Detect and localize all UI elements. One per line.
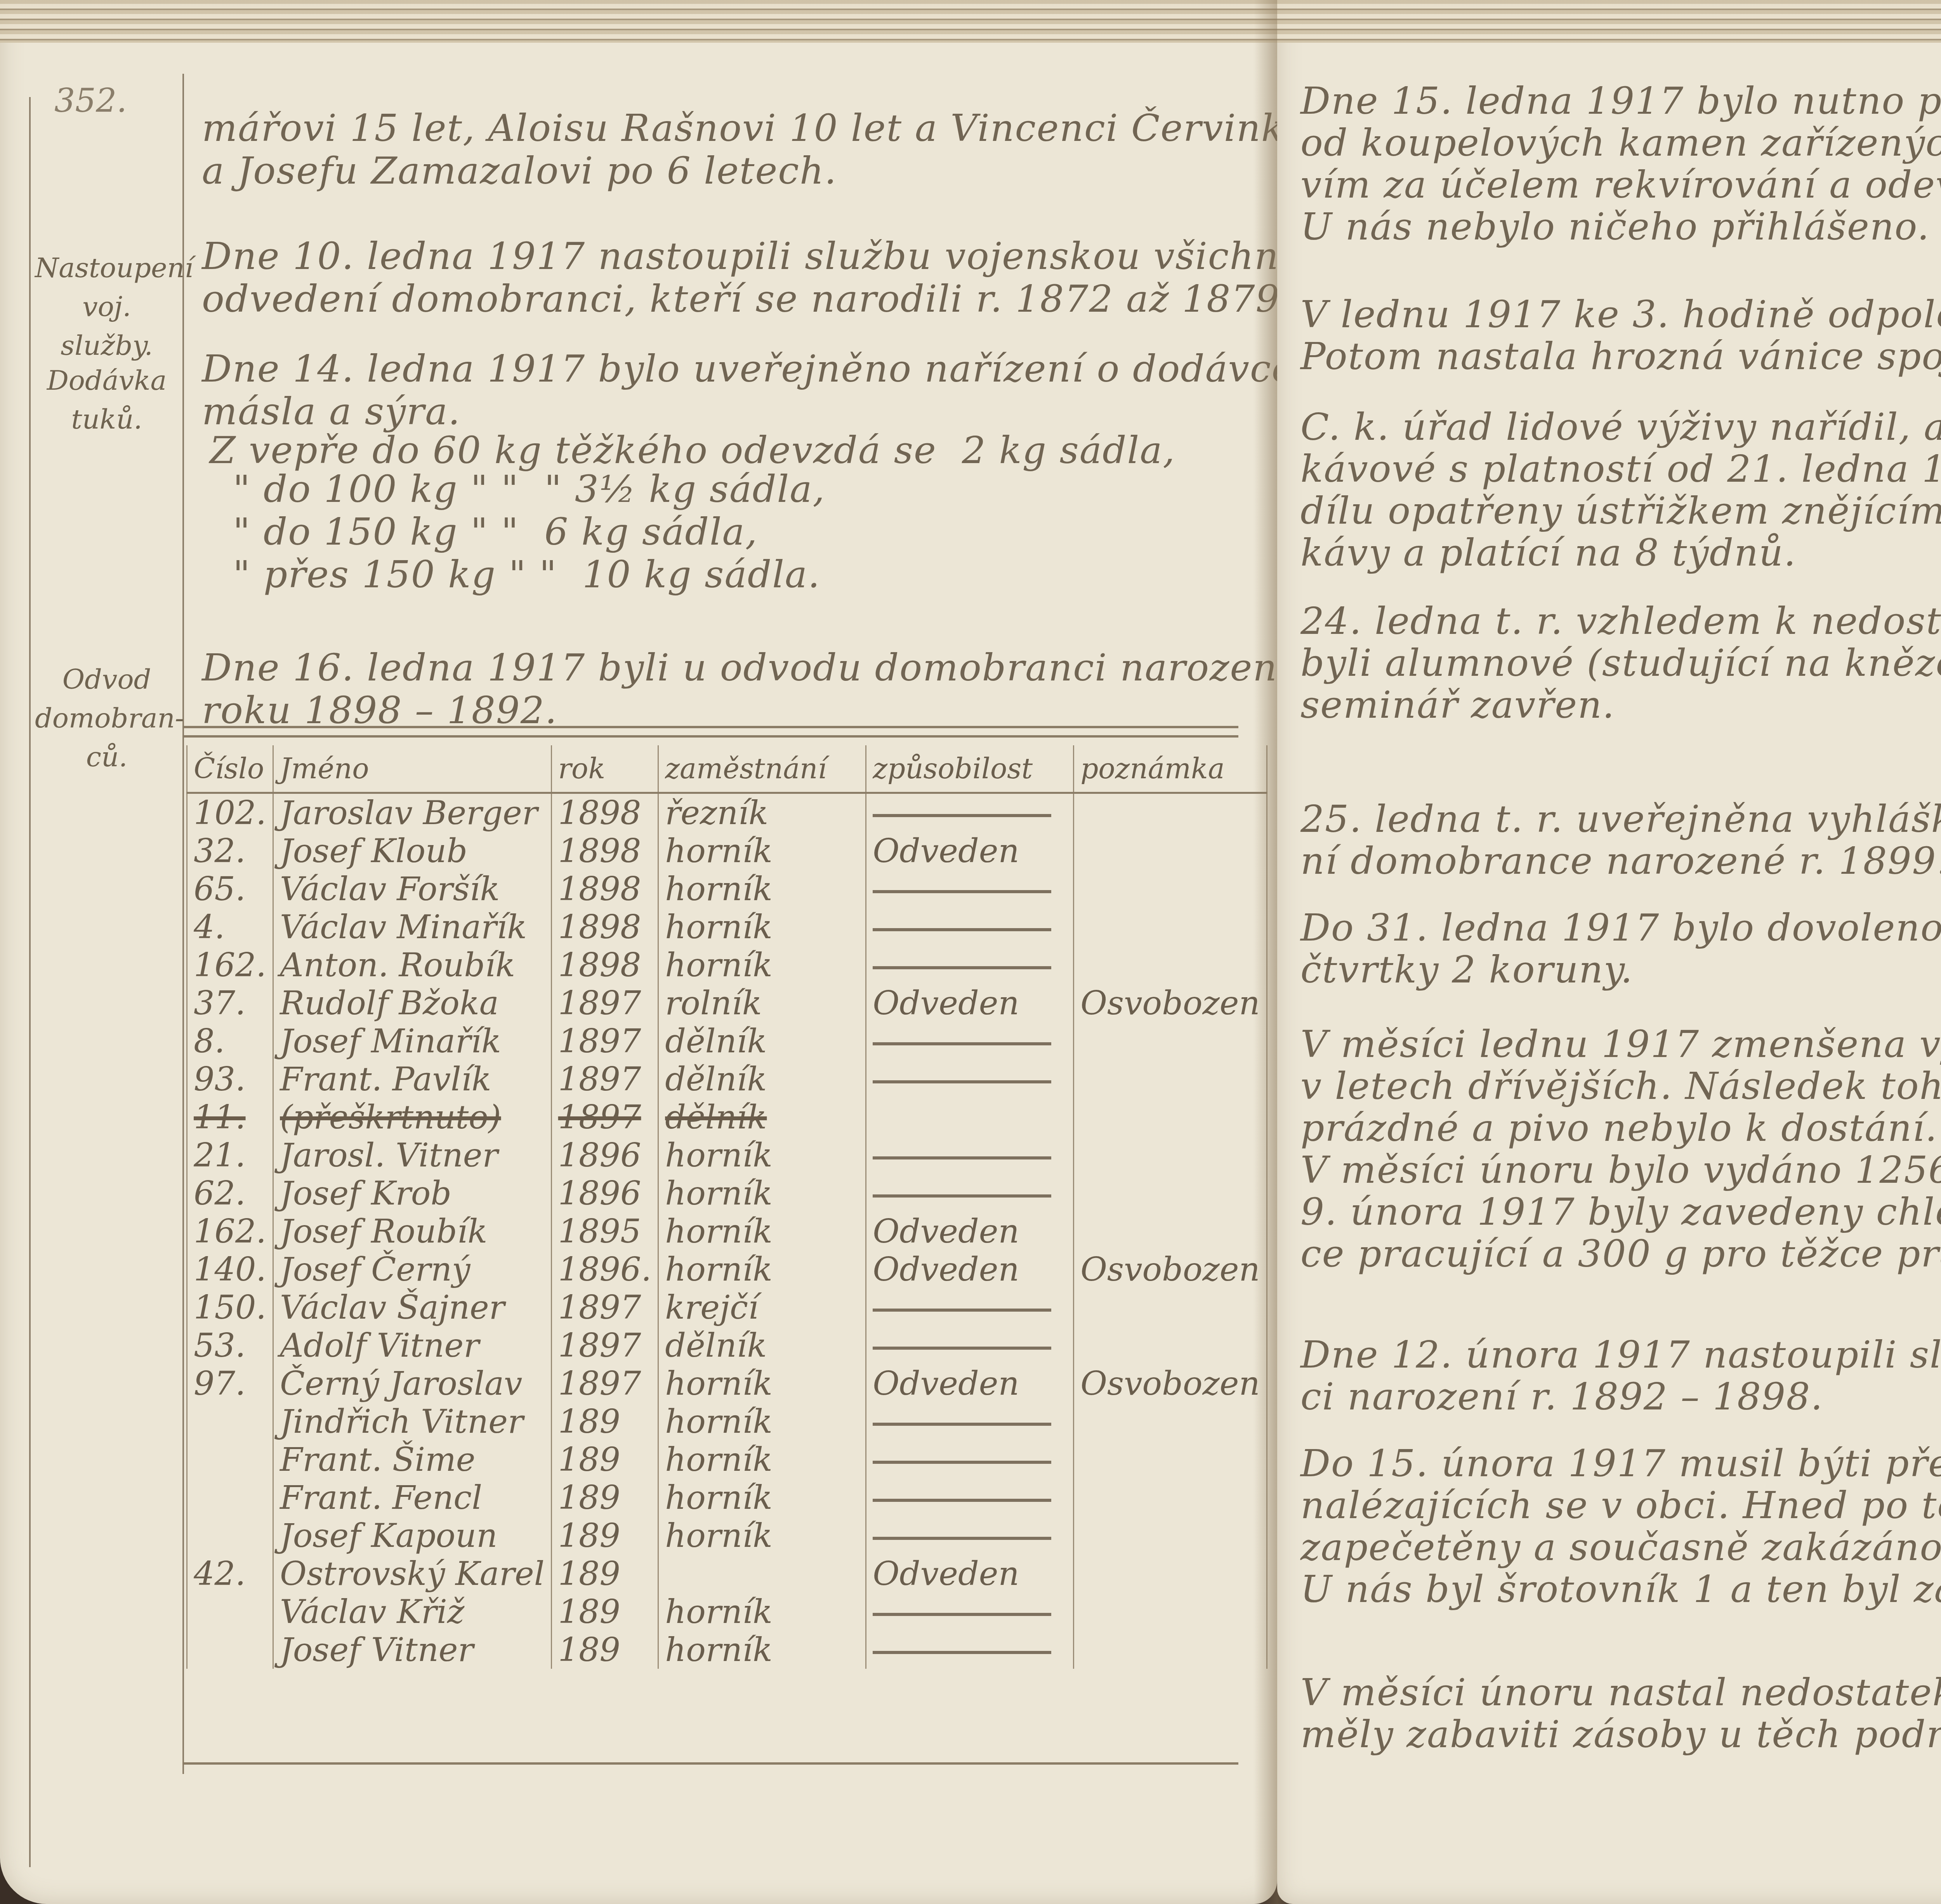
cell-zpusobilost: Odveden <box>866 832 1074 870</box>
cell-rok: 189 <box>551 1555 658 1593</box>
cell-poznamka <box>1074 908 1267 946</box>
dash-mark <box>873 1613 1051 1616</box>
cell-cislo: 150. <box>187 1288 273 1326</box>
table-row: Jindřich Vitner189horník <box>187 1402 1267 1441</box>
lard-row: " přes 150 kg " " 10 kg sádla. <box>233 547 821 602</box>
cell-poznamka <box>1074 1402 1267 1441</box>
cell-poznamka <box>1074 1555 1267 1593</box>
cell-rok: 1898 <box>551 793 658 832</box>
outer-border <box>29 97 31 1867</box>
dash-mark <box>873 1537 1051 1540</box>
cell-zamestnani: horník <box>658 832 866 870</box>
conscription-register-table: Číslo Jméno rok zaměstnání způsobilost p… <box>186 745 1267 1669</box>
cell-cislo: 102. <box>187 793 273 832</box>
cell-cislo: 140. <box>187 1250 273 1288</box>
cell-rok: 189 <box>551 1517 658 1555</box>
table-row: Frant. Šime189horník <box>187 1441 1267 1479</box>
cell-zpusobilost <box>866 793 1074 832</box>
table-row: 62.Josef Krob1896horník <box>187 1174 1267 1212</box>
table-row: 162.Anton. Roubík1898horník <box>187 946 1267 984</box>
dash-mark <box>873 1042 1051 1045</box>
cell-rok: 1897 <box>551 1326 658 1364</box>
cell-zpusobilost <box>866 1174 1074 1212</box>
dash-mark <box>873 1309 1051 1312</box>
text-line: a Josefu Zamazalovi po 6 letech. <box>202 144 837 198</box>
cell-zpusobilost: Odveden <box>866 1250 1074 1288</box>
cell-zpusobilost <box>866 870 1074 908</box>
column-header-zpusobilost: způsobilost <box>866 745 1074 793</box>
table-row: 97.Černý Jaroslav1897horníkOdvedenOsvobo… <box>187 1364 1267 1402</box>
cell-zamestnani: horník <box>658 1402 866 1441</box>
text-line: čtvrtky 2 koruny. <box>1300 942 1633 997</box>
dash-mark <box>873 1194 1051 1198</box>
cell-cislo: 4. <box>187 908 273 946</box>
cell-rok: 189 <box>551 1402 658 1441</box>
cell-poznamka <box>1074 1136 1267 1174</box>
cell-jmeno: Adolf Vitner <box>273 1326 552 1364</box>
cell-zamestnani: horník <box>658 1250 866 1288</box>
cell-zamestnani: horník <box>658 1479 866 1517</box>
table-row: 53.Adolf Vitner1897dělník <box>187 1326 1267 1364</box>
cell-poznamka <box>1074 946 1267 984</box>
text-line: odvedení domobranci, kteří se narodili r… <box>202 272 1293 326</box>
cell-poznamka <box>1074 1022 1267 1060</box>
cell-jmeno: Frant. Fencl <box>273 1479 552 1517</box>
cell-zpusobilost <box>866 1022 1074 1060</box>
page-edges <box>1277 0 1941 43</box>
cell-jmeno: Václav Foršík <box>273 870 552 908</box>
cell-zamestnani: horník <box>658 946 866 984</box>
cell-jmeno: Josef Černý <box>273 1250 552 1288</box>
cell-poznamka: Osvobozen <box>1074 1250 1267 1288</box>
cell-rok: 1898 <box>551 832 658 870</box>
table-row: 32.Josef Kloub1898horníkOdveden <box>187 832 1267 870</box>
cell-zamestnani: horník <box>658 1441 866 1479</box>
cell-rok: 1897 <box>551 1098 658 1136</box>
dash-mark <box>873 1156 1051 1159</box>
cell-rok: 1897 <box>551 1364 658 1402</box>
cell-jmeno: Josef Minařík <box>273 1022 552 1060</box>
cell-zamestnani: horník <box>658 1517 866 1555</box>
cell-poznamka <box>1074 1326 1267 1364</box>
cell-poznamka <box>1074 1631 1267 1669</box>
table-row: 65.Václav Foršík1898horník <box>187 870 1267 908</box>
cell-zamestnani: rolník <box>658 984 866 1022</box>
dash-mark <box>873 890 1051 893</box>
cell-jmeno: Jaroslav Berger <box>273 793 552 832</box>
cell-rok: 1895 <box>551 1212 658 1250</box>
text-line: kávy a platící na 8 týdnů. <box>1300 526 1796 580</box>
table-row: 102.Jaroslav Berger1898řezník <box>187 793 1267 832</box>
dash-mark <box>873 928 1051 931</box>
cell-cislo <box>187 1517 273 1555</box>
cell-zpusobilost: Odveden <box>866 1364 1074 1402</box>
column-header-poznamka: poznámka <box>1074 745 1267 793</box>
table-body: 102.Jaroslav Berger1898řezník32.Josef Kl… <box>187 793 1267 1669</box>
text-line: měly zabaviti zásoby u těch podniků, kte… <box>1300 1707 1941 1762</box>
cell-rok: 189 <box>551 1593 658 1631</box>
cell-rok: 1897 <box>551 1060 658 1098</box>
cell-jmeno: Anton. Roubík <box>273 946 552 984</box>
cell-poznamka: Osvobozen <box>1074 984 1267 1022</box>
cell-cislo: 62. <box>187 1174 273 1212</box>
cell-rok: 1896 <box>551 1136 658 1174</box>
cell-poznamka <box>1074 1593 1267 1631</box>
text-line: U nás byl šrotovník 1 a ten byl zapečen. <box>1300 1562 1941 1616</box>
cell-zamestnani: horník <box>658 908 866 946</box>
cell-poznamka <box>1074 1479 1267 1517</box>
dash-mark <box>873 1461 1051 1464</box>
cell-cislo: 97. <box>187 1364 273 1402</box>
cell-zamestnani: horník <box>658 1136 866 1174</box>
table-row: Josef Vitner189horník <box>187 1631 1267 1669</box>
text-line: ci narození r. 1892 – 1898. <box>1300 1369 1823 1424</box>
cell-cislo: 162. <box>187 1212 273 1250</box>
cell-zamestnani: dělník <box>658 1022 866 1060</box>
column-header-cislo: Číslo <box>187 745 273 793</box>
cell-jmeno: Václav Křiž <box>273 1593 552 1631</box>
cell-jmeno: Josef Vitner <box>273 1631 552 1669</box>
table-row: Frant. Fencl189horník <box>187 1479 1267 1517</box>
left-page: 352. mářovi 15 let, Aloisu Rašnovi 10 le… <box>0 0 1277 1904</box>
dash-mark <box>873 1080 1051 1083</box>
margin-note-nastoupeni: Nastoupení voj. služby. <box>35 248 179 365</box>
cell-rok: 1898 <box>551 946 658 984</box>
cell-rok: 1897 <box>551 1022 658 1060</box>
cell-zamestnani: řezník <box>658 793 866 832</box>
cell-zpusobilost <box>866 1060 1074 1098</box>
cell-zpusobilost <box>866 1136 1074 1174</box>
table-row: 37.Rudolf Bžoka1897rolníkOdvedenOsvoboze… <box>187 984 1267 1022</box>
cell-jmeno: Josef Kapoun <box>273 1517 552 1555</box>
cell-zamestnani: horník <box>658 870 866 908</box>
cell-jmeno: Jarosl. Vitner <box>273 1136 552 1174</box>
cell-jmeno: Josef Roubík <box>273 1212 552 1250</box>
cell-cislo <box>187 1631 273 1669</box>
text-line: ce pracující a 300 g pro těžce pracující… <box>1300 1227 1941 1281</box>
cell-poznamka <box>1074 1288 1267 1326</box>
cell-zamestnani: horník <box>658 1364 866 1402</box>
cell-zamestnani: dělník <box>658 1098 866 1136</box>
cell-rok: 189 <box>551 1479 658 1517</box>
cell-cislo <box>187 1593 273 1631</box>
right-page: 353. Dne 15. ledna 1917 bylo nutno předl… <box>1277 0 1941 1904</box>
cell-rok: 1898 <box>551 908 658 946</box>
cell-zpusobilost <box>866 1479 1074 1517</box>
cell-rok: 189 <box>551 1631 658 1669</box>
cell-zpusobilost: Odveden <box>866 1212 1074 1250</box>
cell-zpusobilost <box>866 1098 1074 1136</box>
cell-poznamka <box>1074 1212 1267 1250</box>
dash-mark <box>873 814 1051 817</box>
cell-rok: 1896 <box>551 1174 658 1212</box>
dash-mark <box>873 966 1051 969</box>
cell-poznamka <box>1074 1441 1267 1479</box>
table-row: 140.Josef Černý1896.horníkOdvedenOsvoboz… <box>187 1250 1267 1288</box>
cell-zamestnani: horník <box>658 1593 866 1631</box>
cell-jmeno: Václav Minařík <box>273 908 552 946</box>
cell-jmeno: Jindřich Vitner <box>273 1402 552 1441</box>
table-row: 42.Ostrovský Karel189Odveden <box>187 1555 1267 1593</box>
cell-cislo: 53. <box>187 1326 273 1364</box>
cell-cislo: 93. <box>187 1060 273 1098</box>
cell-zamestnani: horník <box>658 1631 866 1669</box>
cell-poznamka <box>1074 793 1267 832</box>
page-edges <box>0 0 1277 43</box>
cell-cislo: 42. <box>187 1555 273 1593</box>
cell-cislo <box>187 1479 273 1517</box>
cell-rok: 1896. <box>551 1250 658 1288</box>
text-line: seminář zavřen. <box>1300 678 1615 732</box>
margin-note-dodavka: Dodávka tuků. <box>35 361 179 439</box>
cell-cislo: 162. <box>187 946 273 984</box>
table-frame-top <box>182 726 1238 738</box>
cell-rok: 189 <box>551 1441 658 1479</box>
cell-zamestnani: horník <box>658 1174 866 1212</box>
cell-jmeno: Josef Kloub <box>273 832 552 870</box>
cell-jmeno: Václav Šajner <box>273 1288 552 1326</box>
cell-jmeno: Ostrovský Karel <box>273 1555 552 1593</box>
cell-cislo: 65. <box>187 870 273 908</box>
cell-zpusobilost <box>866 1402 1074 1441</box>
dash-mark <box>873 1423 1051 1426</box>
cell-poznamka: Osvobozen <box>1074 1364 1267 1402</box>
table-row: 4.Václav Minařík1898horník <box>187 908 1267 946</box>
cell-jmeno: Frant. Šime <box>273 1441 552 1479</box>
column-header-rok: rok <box>551 745 658 793</box>
column-header-zamestnani: zaměstnání <box>658 745 866 793</box>
cell-cislo <box>187 1441 273 1479</box>
cell-cislo: 8. <box>187 1022 273 1060</box>
cell-zpusobilost <box>866 1288 1074 1326</box>
dash-mark <box>873 1499 1051 1502</box>
table-row: 150.Václav Šajner1897krejčí <box>187 1288 1267 1326</box>
cell-cislo: 37. <box>187 984 273 1022</box>
cell-rok: 1897 <box>551 1288 658 1326</box>
column-header-jmeno: Jméno <box>273 745 552 793</box>
page-number: 352. <box>54 82 127 120</box>
cell-zamestnani: dělník <box>658 1326 866 1364</box>
dash-mark <box>873 1347 1051 1350</box>
cell-zpusobilost: Odveden <box>866 984 1074 1022</box>
cell-cislo: 11. <box>187 1098 273 1136</box>
cell-zamestnani <box>658 1555 866 1593</box>
cell-zamestnani: dělník <box>658 1060 866 1098</box>
cell-cislo <box>187 1402 273 1441</box>
margin-rule <box>182 74 184 1774</box>
cell-jmeno: Josef Krob <box>273 1174 552 1212</box>
cell-poznamka <box>1074 1174 1267 1212</box>
table-row: 162.Josef Roubík1895horníkOdveden <box>187 1212 1267 1250</box>
cell-poznamka <box>1074 1060 1267 1098</box>
margin-note-odvod: Odvod domobran- ců. <box>35 660 179 776</box>
cell-jmeno: Frant. Pavlík <box>273 1060 552 1098</box>
cell-zpusobilost <box>866 1593 1074 1631</box>
cell-zpusobilost <box>866 1631 1074 1669</box>
dash-mark <box>873 1651 1051 1654</box>
cell-zpusobilost <box>866 908 1074 946</box>
cell-zamestnani: krejčí <box>658 1288 866 1326</box>
cell-cislo: 32. <box>187 832 273 870</box>
text-line: Potom nastala hrozná vánice spojená s vě… <box>1300 329 1941 384</box>
table-header-row: Číslo Jméno rok zaměstnání způsobilost p… <box>187 745 1267 793</box>
table-row: Josef Kapoun189horník <box>187 1517 1267 1555</box>
text-line: U nás nebylo ničeho přihlášeno. <box>1300 200 1930 254</box>
table-row: 8.Josef Minařík1897dělník <box>187 1022 1267 1060</box>
cell-rok: 1898 <box>551 870 658 908</box>
cell-zpusobilost <box>866 1517 1074 1555</box>
cell-zpusobilost <box>866 1441 1074 1479</box>
table-row: 21.Jarosl. Vitner1896horník <box>187 1136 1267 1174</box>
cell-zpusobilost <box>866 1326 1074 1364</box>
cell-jmeno: Černý Jaroslav <box>273 1364 552 1402</box>
cell-poznamka <box>1074 870 1267 908</box>
cell-cislo: 21. <box>187 1136 273 1174</box>
cell-poznamka <box>1074 1517 1267 1555</box>
cell-rok: 1897 <box>551 984 658 1022</box>
cell-zpusobilost <box>866 946 1074 984</box>
text-line: ní domobrance narozené r. 1899. <box>1300 834 1941 888</box>
table-frame-bottom <box>182 1762 1238 1765</box>
table-row: 93.Frant. Pavlík1897dělník <box>187 1060 1267 1098</box>
cell-jmeno: Rudolf Bžoka <box>273 984 552 1022</box>
table-row: 11.(přeškrtnuto)1897dělník <box>187 1098 1267 1136</box>
cell-poznamka <box>1074 832 1267 870</box>
cell-jmeno: (přeškrtnuto) <box>273 1098 552 1136</box>
cell-zpusobilost: Odveden <box>866 1555 1074 1593</box>
cell-zamestnani: horník <box>658 1212 866 1250</box>
cell-poznamka <box>1074 1098 1267 1136</box>
table-row: Václav Křiž189horník <box>187 1593 1267 1631</box>
